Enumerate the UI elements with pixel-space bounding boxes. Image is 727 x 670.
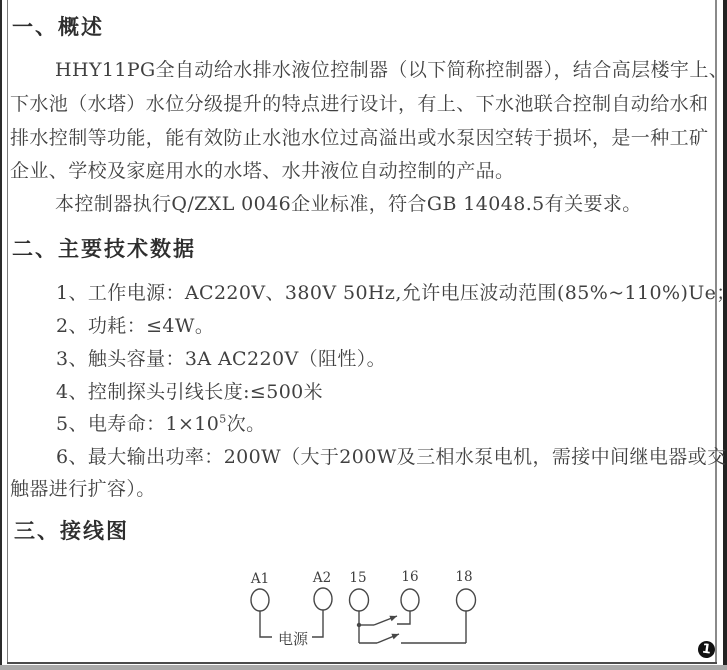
section1-heading: 一、概述 xyxy=(12,17,104,38)
section3-heading: 三、接线图 xyxy=(14,521,129,542)
terminal-label-A2: A2 xyxy=(312,570,331,586)
tech-item-5-exponent: 5 xyxy=(219,413,226,426)
scan-edge-right xyxy=(723,0,727,670)
terminal-circle-A1 xyxy=(251,589,269,611)
lead-a2 xyxy=(312,610,323,637)
lower-blade-arrow-icon xyxy=(391,634,399,640)
tech-item-1: 1、工作电源：AC220V、380V 50Hz,允许电压波动范围(85%~110… xyxy=(56,284,727,303)
tech-item-5-suffix: 次。 xyxy=(227,413,266,435)
tech-item-2: 2、功耗：≤4W。 xyxy=(56,317,214,336)
overview-line-4: 企业、学校及家庭用水的水塔、水井液位自动控制的产品。 xyxy=(10,162,514,181)
power-supply-label: 电源 xyxy=(278,630,309,648)
scan-edge-left xyxy=(0,0,2,670)
section2-heading: 二、主要技术数据 xyxy=(12,239,196,260)
junction-dot xyxy=(357,623,361,627)
tech-item-6-continuation: 触器进行扩容）。 xyxy=(10,480,156,499)
overview-line-3: 排水控制等功能，能有效防止水池水位过高溢出或水泵因空转于损坏，是一种工矿 xyxy=(10,129,708,148)
tech-item-3: 3、触头容量：3A AC220V（阻性）。 xyxy=(56,350,386,369)
terminal-circle-18 xyxy=(457,589,476,611)
tech-item-5: 5、电寿命：1×105次。 xyxy=(56,415,266,434)
manual-page: { "overview": { "heading": "一、概述", "line… xyxy=(0,0,727,670)
overview-line-1: HHY11PG全自动给水排水液位控制器（以下简称控制器），结合高层楼宇上、 xyxy=(55,61,727,80)
page-border-left xyxy=(7,0,8,664)
terminal-label-18: 18 xyxy=(455,569,472,585)
terminal-label-15: 15 xyxy=(349,570,366,586)
wiring-diagram: A1 A2 15 16 18 电源 xyxy=(228,558,498,664)
terminal-circle-A2 xyxy=(314,588,332,610)
lead-16 xyxy=(397,611,410,624)
tech-item-4: 4、控制探头引线长度:≤500米 xyxy=(56,383,323,402)
terminal-circle-15 xyxy=(350,589,369,611)
scan-band-bottom xyxy=(0,665,727,670)
tech-item-5-text: 5、电寿命：1×10 xyxy=(56,413,219,435)
page-number-badge: 1 xyxy=(697,640,716,659)
overview-line-2: 下水池（水塔）水位分级提升的特点进行设计，有上、下水池联合控制自动给水和 xyxy=(10,95,708,114)
terminal-circle-16 xyxy=(401,589,419,611)
overview-line-5: 本控制器执行Q/ZXL 0046企业标准，符合GB 14048.5有关要求。 xyxy=(55,195,642,214)
terminal-label-16: 16 xyxy=(401,569,418,585)
page-border-right xyxy=(715,0,717,664)
lead-a1 xyxy=(260,611,272,637)
tech-item-6: 6、最大输出功率：200W（大于200W及三相水泵电机，需接中间继电器或交流接 xyxy=(56,448,727,467)
terminal-label-A1: A1 xyxy=(250,571,269,587)
upper-blade-arrow-icon xyxy=(389,616,397,622)
